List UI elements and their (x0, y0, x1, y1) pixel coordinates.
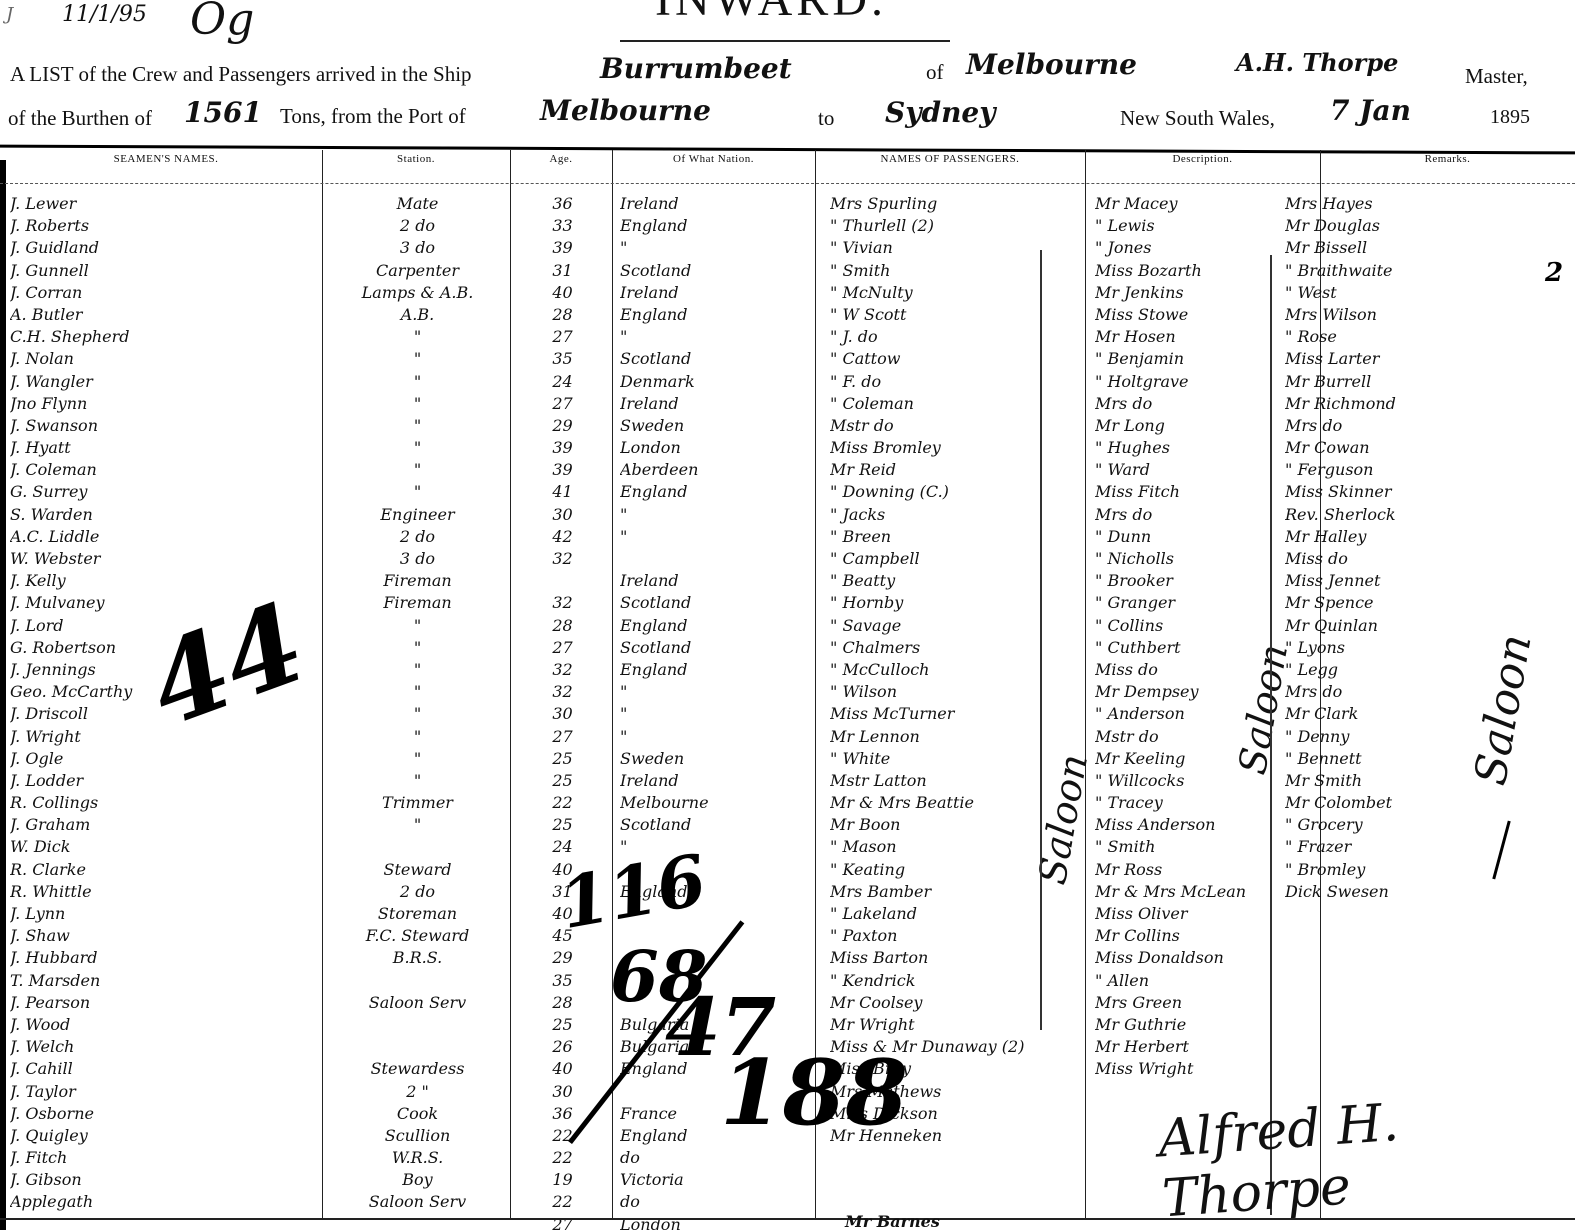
list-item: S. Warden (10, 504, 310, 526)
list-item: 40 (515, 282, 610, 304)
list-item: Dick Swesen (1285, 881, 1485, 903)
list-item: 28 (515, 992, 610, 1014)
list-item: J. Pearson (10, 992, 310, 1014)
list-item: Mrs Hayes (1285, 193, 1485, 215)
list-item: Steward (330, 859, 505, 881)
list-item: J. Welch (10, 1036, 310, 1058)
list-item: " (330, 770, 505, 792)
list-item: A.C. Liddle (10, 526, 310, 548)
list-item: Mr Ross (1095, 859, 1315, 881)
from-port: Melbourne (540, 94, 711, 127)
list-item: Miss Skinner (1285, 481, 1485, 503)
list-item: Mrs do (1285, 415, 1485, 437)
list-item: Scotland (620, 637, 810, 659)
list-item: Mr Richmond (1285, 393, 1485, 415)
list-item: Fireman (330, 570, 505, 592)
list-item: Mstr do (830, 415, 1080, 437)
list-item: J. Lodder (10, 770, 310, 792)
list-item: England (620, 481, 810, 503)
list-item: " Thurlell (2) (830, 215, 1080, 237)
list-item: " Breen (830, 526, 1080, 548)
list-item: " (620, 681, 810, 703)
list-item: 25 (515, 748, 610, 770)
list-item: Miss do (1285, 548, 1485, 570)
tally-annotation-4: 188 (720, 1040, 908, 1146)
list-item: Miss Jennet (1285, 570, 1485, 592)
burthen-label: of the Burthen of (8, 106, 152, 131)
list-item: " Granger (1095, 592, 1315, 614)
list-item: Mrs Spurling (830, 193, 1080, 215)
list-item: J. Lynn (10, 903, 310, 925)
list-item: Mr Macey (1095, 193, 1315, 215)
list-item: 36 (515, 193, 610, 215)
list-item: Miss McTurner (830, 703, 1080, 725)
list-item: " Wilson (830, 681, 1080, 703)
list-item: Cook (330, 1103, 505, 1125)
list-item: 2 do (330, 881, 505, 903)
list-item (515, 570, 610, 592)
list-item: 30 (515, 703, 610, 725)
list-item: R. Collings (10, 792, 310, 814)
list-item: " (330, 615, 505, 637)
list-item: W. Webster (10, 548, 310, 570)
list-item: Mr Bissell (1285, 237, 1485, 259)
list-item: 22 (515, 1147, 610, 1169)
list-item (330, 1014, 505, 1036)
list-item: Mr Smith (1285, 770, 1485, 792)
list-item: 26 (515, 1036, 610, 1058)
list-item (330, 836, 505, 858)
list-item: Mrs Bamber (830, 881, 1080, 903)
list-item: Ireland (620, 282, 810, 304)
list-item: Mstr do (1095, 726, 1315, 748)
list-item: " Coleman (830, 393, 1080, 415)
list-item: Mr Reid (830, 459, 1080, 481)
to-label: to (818, 106, 834, 131)
list-item: " McNulty (830, 282, 1080, 304)
list-item: Scotland (620, 260, 810, 282)
list-item: Saloon Serv (330, 992, 505, 1014)
list-item: " Rose (1285, 326, 1485, 348)
list-item: Victoria (620, 1169, 810, 1191)
list-item: 32 (515, 548, 610, 570)
list-item: 29 (515, 947, 610, 969)
list-item: 39 (515, 437, 610, 459)
list-item: " (330, 371, 505, 393)
list-item: " F. do (830, 371, 1080, 393)
list-item: " (620, 237, 810, 259)
column-divider (612, 150, 613, 1220)
list-item: Mrs do (1285, 681, 1485, 703)
list-item: J. Fitch (10, 1147, 310, 1169)
list-item: Mr Hosen (1095, 326, 1315, 348)
list-item: Miss Donaldson (1095, 947, 1315, 969)
header-nation: Of What Nation. (612, 153, 815, 165)
list-item: Engineer (330, 504, 505, 526)
list-item: Carpenter (330, 260, 505, 282)
list-item: " (330, 726, 505, 748)
arrival-date: 7 Jan (1330, 94, 1411, 127)
list-item: Applegath (10, 1191, 310, 1213)
list-item: England (620, 659, 810, 681)
list-item: " White (830, 748, 1080, 770)
list-item: Miss Bozarth (1095, 260, 1315, 282)
list-item: " Smith (830, 260, 1080, 282)
list-item: do (620, 1191, 810, 1213)
list-item: 2 do (330, 215, 505, 237)
list-item: " Bennett (1285, 748, 1485, 770)
initials-mark: Og (190, 0, 254, 45)
list-item: " W Scott (830, 304, 1080, 326)
list-item: Ireland (620, 393, 810, 415)
list-item: 22 (515, 792, 610, 814)
list-item: Mrs Wilson (1285, 304, 1485, 326)
list-item: Mr Long (1095, 415, 1315, 437)
list-item: T. Marsden (10, 970, 310, 992)
list-item: " Jones (1095, 237, 1315, 259)
list-item: Mr Coolsey (830, 992, 1080, 1014)
scan-edge (0, 160, 6, 1230)
list-item: Mr Colombet (1285, 792, 1485, 814)
list-item: 41 (515, 481, 610, 503)
list-item: Mr Douglas (1285, 215, 1485, 237)
list-item: " (330, 748, 505, 770)
list-item: 28 (515, 615, 610, 637)
list-prefix: A LIST of the Crew and Passengers arrive… (10, 62, 472, 87)
list-item: Scullion (330, 1125, 505, 1147)
list-item: " (330, 659, 505, 681)
heading-rule (620, 40, 950, 42)
list-item: " Benjamin (1095, 348, 1315, 370)
list-item: " West (1285, 282, 1485, 304)
list-item: Mr Lennon (830, 726, 1080, 748)
list-item: 35 (515, 348, 610, 370)
list-item: Mr Cowan (1285, 437, 1485, 459)
list-item: Mrs Green (1095, 992, 1315, 1014)
list-item: J. Wright (10, 726, 310, 748)
list-item: " (330, 814, 505, 836)
list-item: 33 (515, 215, 610, 237)
list-item: do (620, 1147, 810, 1169)
list-item: " (330, 437, 505, 459)
list-item: Trimmer (330, 792, 505, 814)
list-item: " (620, 726, 810, 748)
bottom-rule (0, 1218, 1575, 1220)
list-item: J. Coleman (10, 459, 310, 481)
document-heading: INWARD. (655, 0, 887, 27)
ship-name: Burrumbeet (600, 52, 792, 85)
list-item: C.H. Shepherd (10, 326, 310, 348)
passengers-column-3: Mrs HayesMr DouglasMr Bissell" Braithwai… (1285, 193, 1485, 903)
list-item: " Campbell (830, 548, 1080, 570)
list-item: 22 (515, 1191, 610, 1213)
list-item: Melbourne (620, 792, 810, 814)
list-item: " (620, 326, 810, 348)
list-item: London (620, 437, 810, 459)
list-item: J. Graham (10, 814, 310, 836)
list-item: 19 (515, 1169, 610, 1191)
header-station: Station. (322, 153, 510, 165)
stamp-mark: J (6, 4, 13, 25)
list-item: " Downing (C.) (830, 481, 1080, 503)
crew-age-column: 3633393140282735242729393941304232322827… (515, 193, 610, 1230)
list-item: A.B. (330, 304, 505, 326)
list-item: " (330, 326, 505, 348)
list-item: Aberdeen (620, 459, 810, 481)
list-item: Mr Clark (1285, 703, 1485, 725)
list-item: 25 (515, 814, 610, 836)
list-item: " (330, 459, 505, 481)
list-item: Mr Herbert (1095, 1036, 1315, 1058)
list-item: " Tracey (1095, 792, 1315, 814)
list-item: 40 (515, 1058, 610, 1080)
list-item: " Savage (830, 615, 1080, 637)
list-item: 28 (515, 304, 610, 326)
column-divider (510, 150, 511, 1220)
list-item: Storeman (330, 903, 505, 925)
list-item: Mstr Latton (830, 770, 1080, 792)
list-item: " Beatty (830, 570, 1080, 592)
list-item: 27 (515, 1214, 610, 1230)
region-label: New South Wales, (1120, 106, 1275, 131)
header-description: Description. (1085, 153, 1320, 165)
list-item (330, 1036, 505, 1058)
list-item: " Hornby (830, 592, 1080, 614)
list-item: J. Gunnell (10, 260, 310, 282)
list-item: Ireland (620, 570, 810, 592)
list-item: " Bromley (1285, 859, 1485, 881)
arrival-year: 1895 (1490, 106, 1530, 129)
list-item: " Holtgrave (1095, 371, 1315, 393)
list-item: Mr Quinlan (1285, 615, 1485, 637)
list-item: 39 (515, 237, 610, 259)
list-item: London (620, 1214, 810, 1230)
list-item (10, 1214, 310, 1230)
list-item: F.C. Steward (330, 925, 505, 947)
list-item: J. Nolan (10, 348, 310, 370)
bracket-line (1270, 255, 1272, 1215)
list-item: Mr Spence (1285, 592, 1485, 614)
list-item: R. Whittle (10, 881, 310, 903)
list-item: " Grocery (1285, 814, 1485, 836)
list-item: England (620, 304, 810, 326)
master-label: Master, (1465, 64, 1528, 89)
header-subrule (0, 183, 1575, 184)
list-item: 31 (515, 260, 610, 282)
list-item: " Vivian (830, 237, 1080, 259)
list-item: Mrs do (1095, 393, 1315, 415)
list-item: J. Hyatt (10, 437, 310, 459)
list-item: " Jacks (830, 504, 1080, 526)
list-item: 27 (515, 726, 610, 748)
footer-partial-entry: Mr Barnes (845, 1212, 940, 1230)
reference-number: 11/1/95 (62, 2, 147, 27)
list-item: Denmark (620, 371, 810, 393)
list-item: Miss Anderson (1095, 814, 1315, 836)
list-item: J. Osborne (10, 1103, 310, 1125)
bracket-line (1040, 250, 1042, 1030)
list-item: " Cattow (830, 348, 1080, 370)
list-item: " Legg (1285, 659, 1485, 681)
list-item (330, 970, 505, 992)
crew-station-column: Mate2 do3 doCarpenterLamps & A.B.A.B."""… (330, 193, 505, 1230)
tons-label: Tons, from the Port of (280, 104, 466, 129)
list-item: Miss Barton (830, 947, 1080, 969)
list-item: " Dunn (1095, 526, 1315, 548)
list-item: " (330, 681, 505, 703)
list-item: Sweden (620, 748, 810, 770)
list-item: Mr Keeling (1095, 748, 1315, 770)
list-item: Miss Larter (1285, 348, 1485, 370)
list-item: " Paxton (830, 925, 1080, 947)
list-item: J. Gibson (10, 1169, 310, 1191)
list-item: " (330, 703, 505, 725)
list-item: R. Clarke (10, 859, 310, 881)
list-item: " Lewis (1095, 215, 1315, 237)
list-item: Saloon Serv (330, 1191, 505, 1213)
list-item: " Ward (1095, 459, 1315, 481)
list-item: 25 (515, 1014, 610, 1036)
list-item: Miss Wright (1095, 1058, 1315, 1080)
list-item: 2 " (330, 1081, 505, 1103)
list-item: " McCulloch (830, 659, 1080, 681)
list-item: 22 (515, 1125, 610, 1147)
list-item: J. Guidland (10, 237, 310, 259)
list-item: " Frazer (1285, 836, 1485, 858)
list-item: J. Ogle (10, 748, 310, 770)
list-item: 29 (515, 415, 610, 437)
list-item: 30 (515, 1081, 610, 1103)
list-item: Stewardess (330, 1058, 505, 1080)
margin-mark: 2 (1545, 258, 1563, 288)
list-item: " (330, 348, 505, 370)
list-item: " Allen (1095, 970, 1315, 992)
list-item: Scotland (620, 814, 810, 836)
list-item: 27 (515, 326, 610, 348)
list-item: Mr Collins (1095, 925, 1315, 947)
list-item: 2 do (330, 526, 505, 548)
list-item: Sweden (620, 415, 810, 437)
header-passengers: NAMES OF PASSENGERS. (815, 153, 1085, 165)
list-item: " (620, 504, 810, 526)
list-item: " Smith (1095, 836, 1315, 858)
list-item: " Chalmers (830, 637, 1080, 659)
list-item: 39 (515, 459, 610, 481)
list-item: Scotland (620, 348, 810, 370)
list-item: " Willcocks (1095, 770, 1315, 792)
list-item: 32 (515, 659, 610, 681)
list-item: " (330, 481, 505, 503)
list-item: " (330, 637, 505, 659)
list-item: A. Butler (10, 304, 310, 326)
list-item: Miss Bromley (830, 437, 1080, 459)
list-item: Mr Burrell (1285, 371, 1485, 393)
list-item: J. Taylor (10, 1081, 310, 1103)
list-item: " Nicholls (1095, 548, 1315, 570)
list-item: 27 (515, 637, 610, 659)
master-signature: Alfred H. Thorpe (1156, 1081, 1575, 1230)
list-item: Mr Wright (830, 1014, 1080, 1036)
list-item: Miss Oliver (1095, 903, 1315, 925)
list-item: Mr & Mrs McLean (1095, 881, 1315, 903)
list-item: J. Wood (10, 1014, 310, 1036)
list-item: Fireman (330, 592, 505, 614)
list-item: " Lyons (1285, 637, 1485, 659)
tons-value: 1561 (184, 96, 262, 129)
list-item: England (620, 215, 810, 237)
list-item: " (330, 415, 505, 437)
list-item: " Lakeland (830, 903, 1080, 925)
list-item: " Ferguson (1285, 459, 1485, 481)
list-item: Mr Halley (1285, 526, 1485, 548)
column-divider (1085, 150, 1086, 1220)
header-age: Age. (510, 153, 612, 165)
port-of-registry: Melbourne (966, 48, 1137, 81)
list-item: 32 (515, 681, 610, 703)
list-item: Jno Flynn (10, 393, 310, 415)
list-item: 3 do (330, 237, 505, 259)
list-item: " J. do (830, 326, 1080, 348)
master-name: A.H. Thorpe (1236, 48, 1398, 77)
list-item: " (620, 526, 810, 548)
list-item: J. Wangler (10, 371, 310, 393)
list-item: Ireland (620, 770, 810, 792)
list-item: W. Dick (10, 836, 310, 858)
list-item: G. Surrey (10, 481, 310, 503)
list-item: 24 (515, 371, 610, 393)
column-divider (322, 150, 323, 1220)
list-item: B.R.S. (330, 947, 505, 969)
list-item: J. Swanson (10, 415, 310, 437)
list-item: J. Corran (10, 282, 310, 304)
to-port: Sydney (885, 96, 996, 129)
header-remarks: Remarks. (1320, 153, 1575, 165)
list-item: Mate (330, 193, 505, 215)
list-item: Rev. Sherlock (1285, 504, 1485, 526)
list-item: J. Roberts (10, 215, 310, 237)
list-item: J. Shaw (10, 925, 310, 947)
list-item: Mrs do (1095, 504, 1315, 526)
list-item: 42 (515, 526, 610, 548)
list-item (330, 1214, 505, 1230)
bracket-mark (1492, 821, 1510, 880)
of-label: of (926, 60, 944, 85)
list-item: " Denny (1285, 726, 1485, 748)
list-item: W.R.S. (330, 1147, 505, 1169)
list-item: J. Lewer (10, 193, 310, 215)
list-item: J. Hubbard (10, 947, 310, 969)
list-item: J. Quigley (10, 1125, 310, 1147)
list-item: Miss Fitch (1095, 481, 1315, 503)
list-item: Scotland (620, 592, 810, 614)
list-item: 25 (515, 770, 610, 792)
passengers-column-1: Mrs Spurling" Thurlell (2)" Vivian" Smit… (830, 193, 1080, 1147)
list-item: 32 (515, 592, 610, 614)
passengers-column-2: Mr Macey" Lewis" JonesMiss BozarthMr Jen… (1095, 193, 1315, 1081)
list-item: Lamps & A.B. (330, 282, 505, 304)
list-item: J. Cahill (10, 1058, 310, 1080)
list-item: " Kendrick (830, 970, 1080, 992)
list-item (620, 548, 810, 570)
list-item: 35 (515, 970, 610, 992)
list-item: " Collins (1095, 615, 1315, 637)
list-item: 3 do (330, 548, 505, 570)
list-item: England (620, 615, 810, 637)
list-item: 27 (515, 393, 610, 415)
list-item: Mr Guthrie (1095, 1014, 1315, 1036)
list-item: Boy (330, 1169, 505, 1191)
list-item: " (330, 393, 505, 415)
